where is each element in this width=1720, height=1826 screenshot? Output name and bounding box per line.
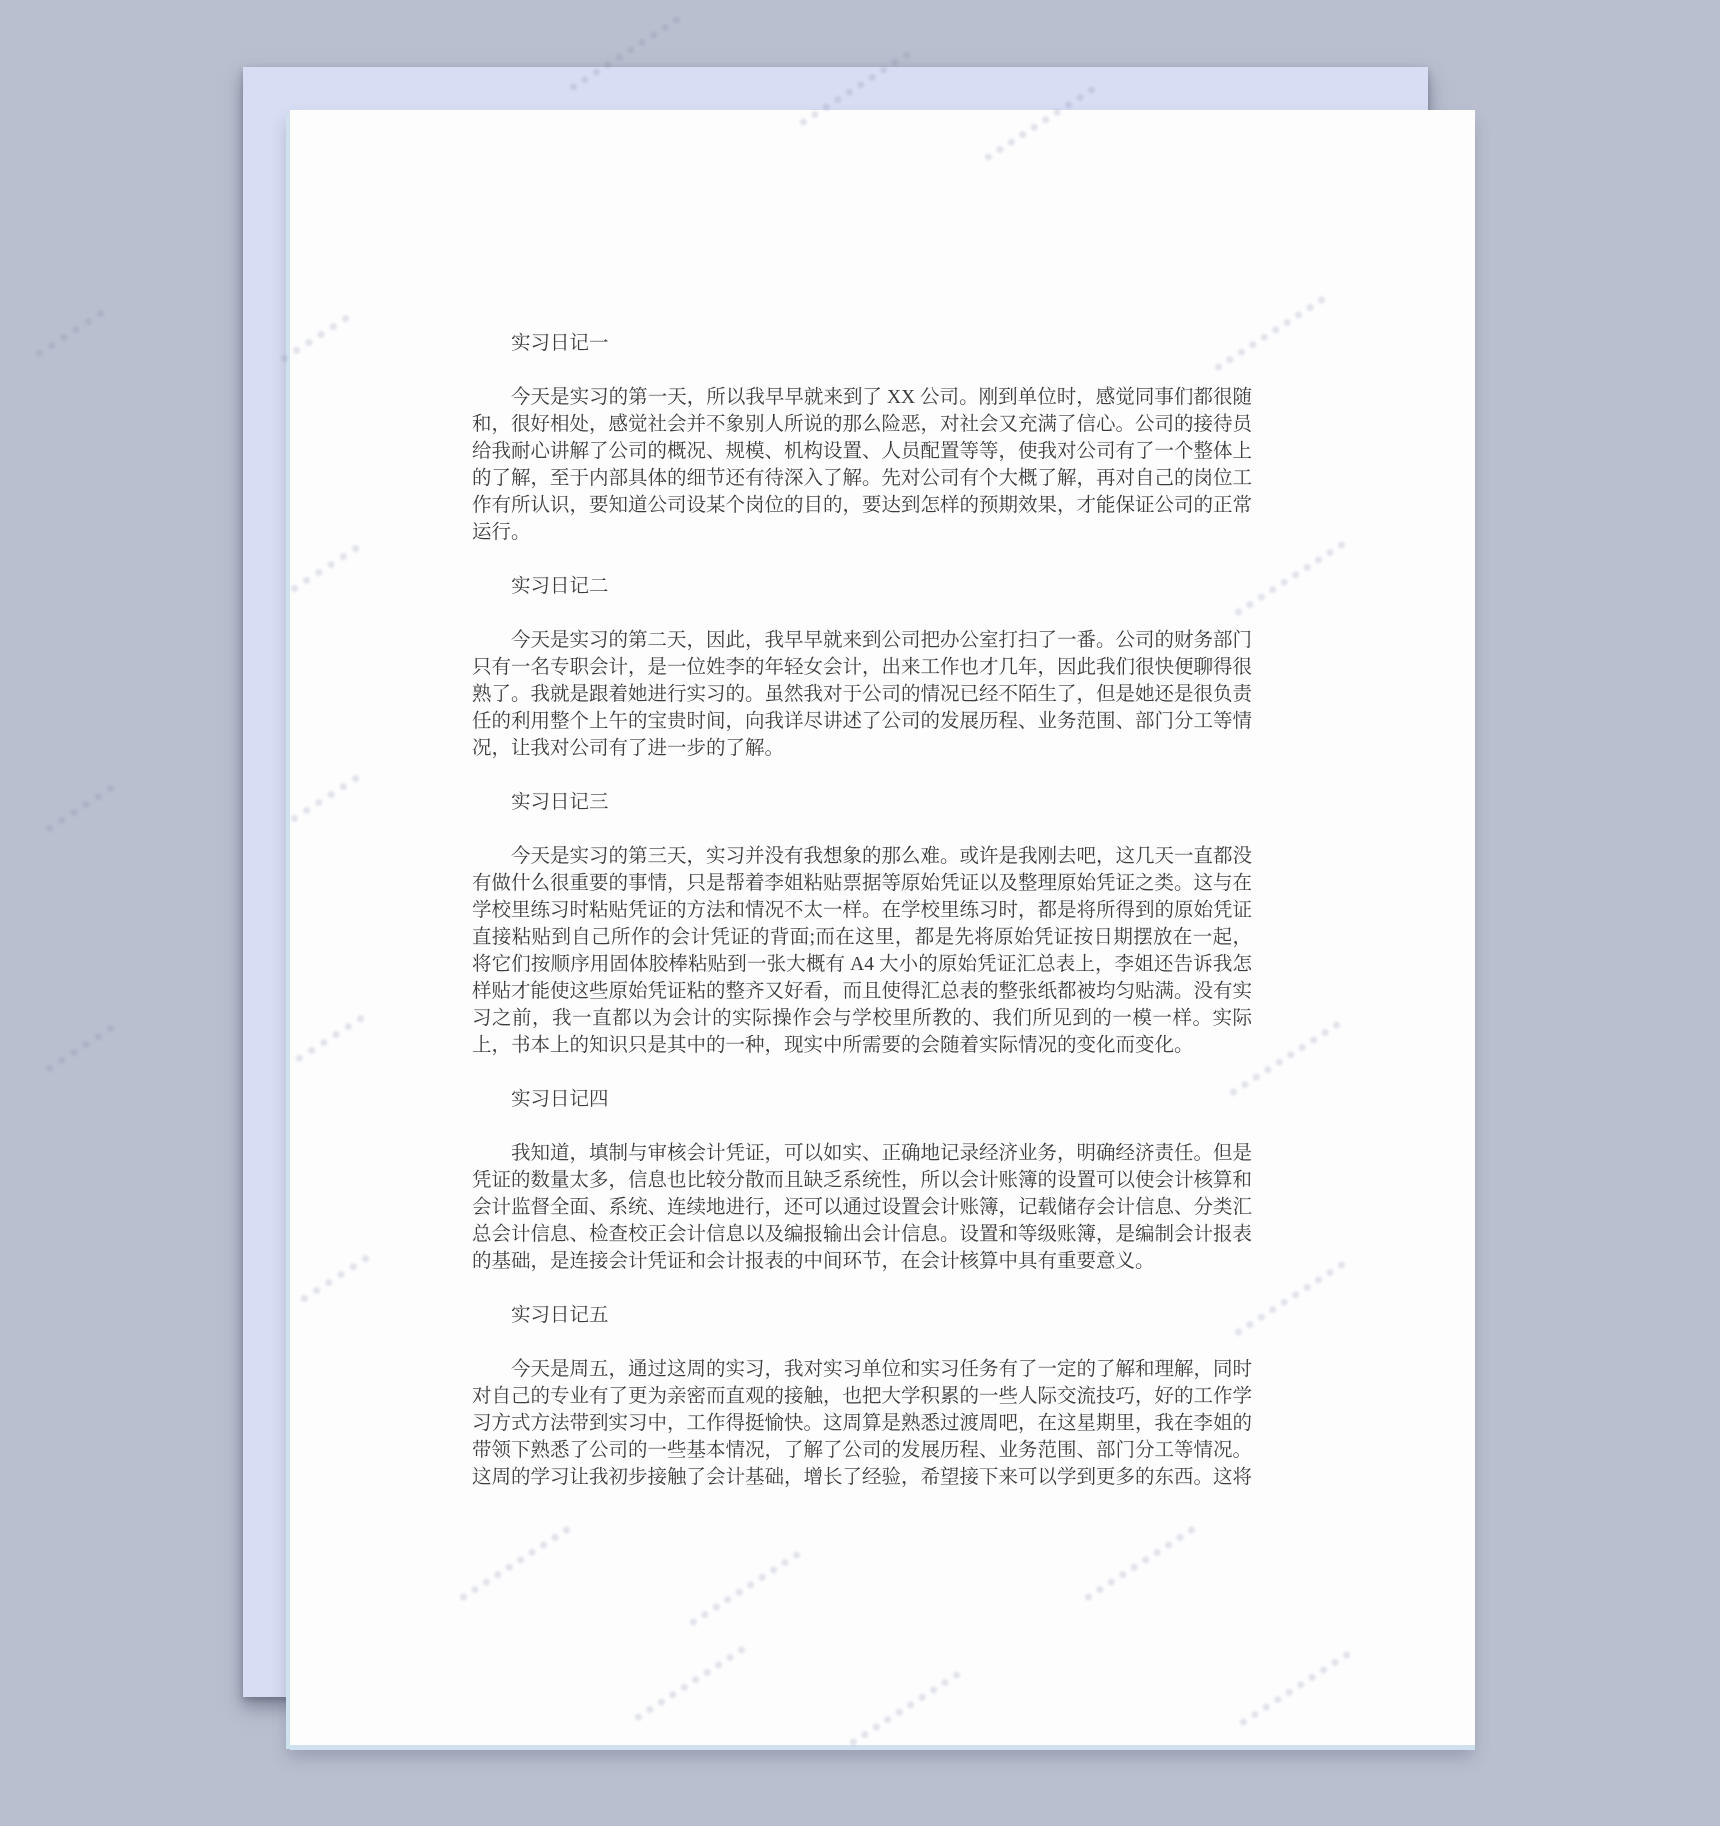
diary-paragraph-4: 我知道，填制与审核会计凭证，可以如实、正确地记录经济业务，明确经济责任。但是凭证… <box>472 1140 1252 1275</box>
diary-heading-3: 实习日记三 <box>472 789 1252 816</box>
watermark-mark <box>45 784 116 833</box>
diary-heading-2: 实习日记二 <box>472 573 1252 600</box>
desk-background: 实习日记一 今天是实习的第一天，所以我早早就来到了 XX 公司。刚到单位时，感觉… <box>0 0 1720 1826</box>
diary-paragraph-3: 今天是实习的第三天，实习并没有我想象的那么难。或许是我刚去吧，这几天一直都没有做… <box>472 843 1252 1059</box>
watermark-mark <box>35 309 106 358</box>
diary-paragraph-1: 今天是实习的第一天，所以我早早就来到了 XX 公司。刚到单位时，感觉同事们都很随… <box>472 384 1252 546</box>
screenshot-root: { "page": { "background_color": "#b9bfcf… <box>0 0 1720 1826</box>
diary-heading-5: 实习日记五 <box>472 1302 1252 1329</box>
diary-heading-4: 实习日记四 <box>472 1086 1252 1113</box>
diary-heading-1: 实习日记一 <box>472 330 1252 357</box>
watermark-mark <box>45 1024 116 1073</box>
diary-paragraph-5: 今天是周五，通过这周的实习，我对实习单位和实习任务有了一定的了解和理解，同时对自… <box>472 1356 1252 1491</box>
diary-paragraph-2: 今天是实习的第二天，因此，我早早就来到公司把办公室打扫了一番。公司的财务部门只有… <box>472 627 1252 762</box>
document-page: 实习日记一 今天是实习的第一天，所以我早早就来到了 XX 公司。刚到单位时，感觉… <box>290 110 1475 1745</box>
